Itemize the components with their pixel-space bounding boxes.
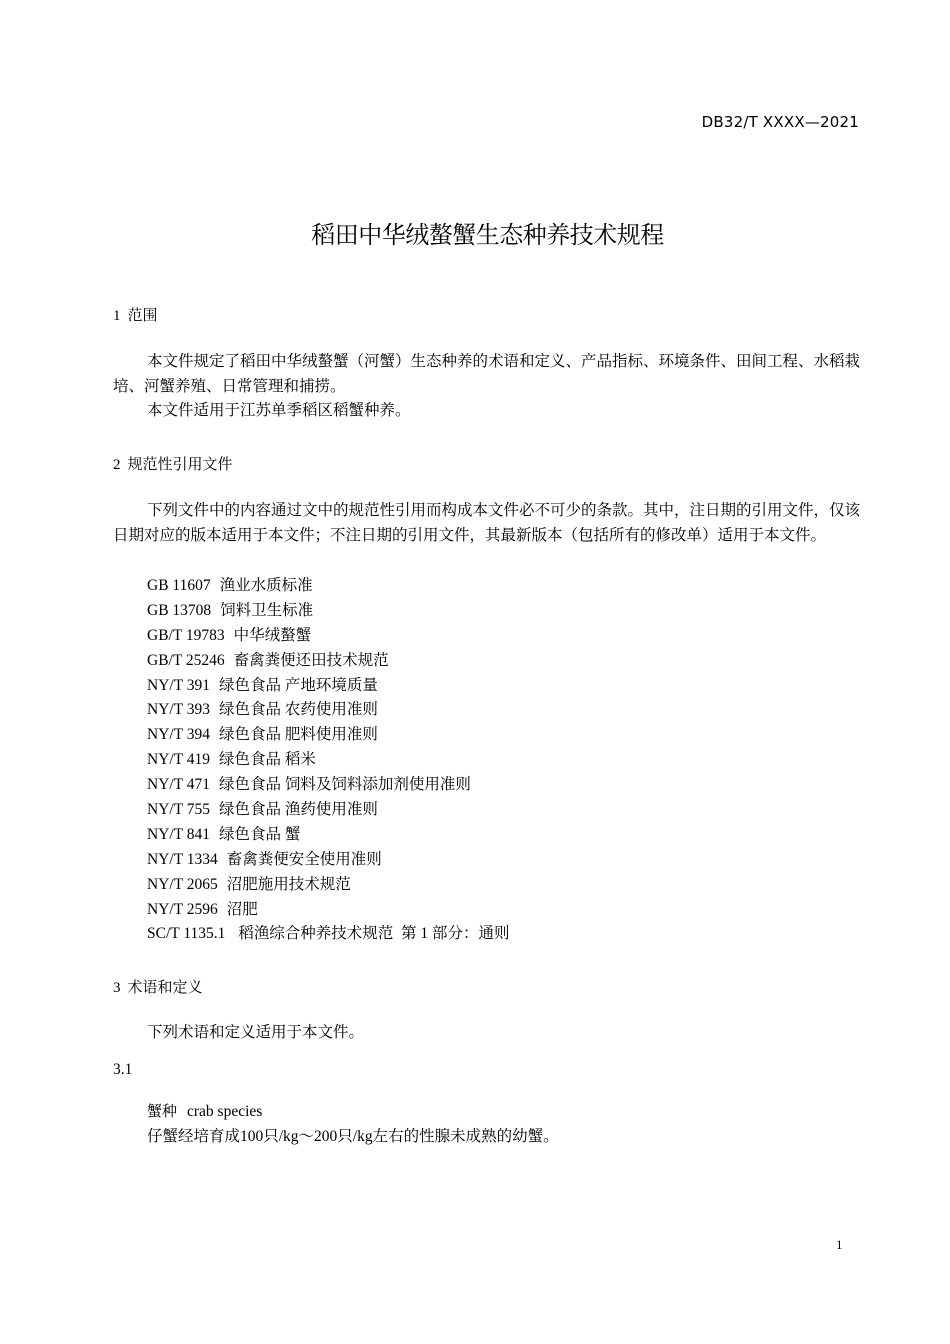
scope-paragraph-2: 本文件适用于江苏单季稻区稻蟹种养。 [113, 399, 860, 424]
reference-code: GB/T 19783 [147, 627, 225, 644]
reference-item: NY/T 391绿色食品 产地环境质量 [147, 674, 510, 699]
reference-item: NY/T 471绿色食品 饲料及饲料添加剂使用准则 [147, 773, 510, 798]
reference-name: 畜禽粪便安全使用准则 [227, 851, 382, 868]
reference-name: 中华绒螯蟹 [234, 627, 312, 644]
reference-code: NY/T 841 [147, 826, 210, 843]
reference-name: 绿色食品 渔药使用准则 [219, 801, 378, 818]
section-number: 2 [113, 457, 121, 473]
reference-name: 绿色食品 农药使用准则 [219, 701, 378, 718]
section-heading-scope: 1范围 [113, 304, 158, 325]
reference-name: 绿色食品 蟹 [219, 826, 300, 843]
document-code: DB32/T XXXX—2021 [702, 113, 859, 131]
reference-name: 绿色食品 肥料使用准则 [219, 726, 378, 743]
page-number: 1 [836, 1237, 843, 1253]
reference-code: GB 11607 [147, 577, 211, 594]
reference-item: GB/T 25246畜禽粪便还田技术规范 [147, 649, 510, 674]
reference-item: NY/T 1334畜禽粪便安全使用准则 [147, 848, 510, 873]
reference-code: GB 13708 [147, 602, 211, 619]
reference-code: NY/T 471 [147, 776, 210, 793]
reference-code: NY/T 419 [147, 751, 210, 768]
reference-code: NY/T 393 [147, 701, 210, 718]
reference-name: 畜禽粪便还田技术规范 [234, 652, 389, 669]
reference-item: NY/T 2065沼肥施用技术规范 [147, 873, 510, 898]
term-definition: 仔蟹经培育成100只/kg～200只/kg左右的性腺未成熟的幼蟹。 [147, 1125, 559, 1150]
reference-item: NY/T 755绿色食品 渔药使用准则 [147, 798, 510, 823]
term-chinese: 蟹种 [147, 1102, 177, 1120]
reference-item: NY/T 419绿色食品 稻米 [147, 748, 510, 773]
reference-code: NY/T 1334 [147, 851, 218, 868]
reference-code: NY/T 391 [147, 677, 210, 694]
scope-paragraph-1: 本文件规定了稻田中华绒螯蟹（河蟹）生态种养的术语和定义、产品指标、环境条件、田间… [113, 350, 860, 399]
section-title: 术语和定义 [128, 978, 203, 996]
reference-item: NY/T 394绿色食品 肥料使用准则 [147, 723, 510, 748]
reference-item: NY/T 2596沼肥 [147, 898, 510, 923]
reference-code: GB/T 25246 [147, 652, 225, 669]
references-intro-paragraph: 下列文件中的内容通过文中的规范性引用而构成本文件必不可少的条款。其中，注日期的引… [113, 499, 860, 548]
terms-intro-paragraph: 下列术语和定义适用于本文件。 [113, 1021, 860, 1046]
document-title: 稻田中华绒螯蟹生态种养技术规程 [0, 215, 950, 250]
term-number: 3.1 [113, 1061, 132, 1079]
term-entry: 蟹种crab species 仔蟹经培育成100只/kg～200只/kg左右的性… [147, 1099, 559, 1149]
reference-name: 绿色食品 饲料及饲料添加剂使用准则 [219, 776, 471, 793]
reference-name: 绿色食品 产地环境质量 [219, 677, 378, 694]
reference-item: GB/T 19783中华绒螯蟹 [147, 624, 510, 649]
reference-name: 沼肥施用技术规范 [227, 876, 351, 893]
section-heading-normative-references: 2规范性引用文件 [113, 453, 233, 474]
reference-item: NY/T 841绿色食品 蟹 [147, 823, 510, 848]
reference-name: 饲料卫生标准 [220, 602, 313, 619]
reference-name: 稻渔综合种养技术规范 第 1 部分：通则 [234, 925, 509, 942]
reference-code: NY/T 755 [147, 801, 210, 818]
reference-name: 沼肥 [227, 901, 258, 918]
reference-name: 渔业水质标准 [220, 577, 313, 594]
section-number: 3 [113, 980, 121, 996]
section-number: 1 [113, 308, 121, 324]
reference-code: NY/T 2065 [147, 876, 218, 893]
reference-name: 绿色食品 稻米 [219, 751, 316, 768]
reference-item: GB 11607渔业水质标准 [147, 574, 510, 599]
term-heading: 蟹种crab species [147, 1099, 559, 1125]
reference-item: SC/T 1135.1 稻渔综合种养技术规范 第 1 部分：通则 [147, 922, 510, 947]
section-title: 范围 [128, 306, 158, 324]
term-english: crab species [187, 1103, 262, 1120]
reference-code: NY/T 394 [147, 726, 210, 743]
reference-code: NY/T 2596 [147, 901, 218, 918]
section-heading-terms-definitions: 3术语和定义 [113, 976, 203, 997]
reference-code: SC/T 1135.1 [147, 925, 225, 942]
section-title: 规范性引用文件 [128, 455, 233, 473]
reference-item: GB 13708饲料卫生标准 [147, 599, 510, 624]
reference-list: GB 11607渔业水质标准 GB 13708饲料卫生标准 GB/T 19783… [147, 574, 510, 947]
reference-item: NY/T 393绿色食品 农药使用准则 [147, 698, 510, 723]
